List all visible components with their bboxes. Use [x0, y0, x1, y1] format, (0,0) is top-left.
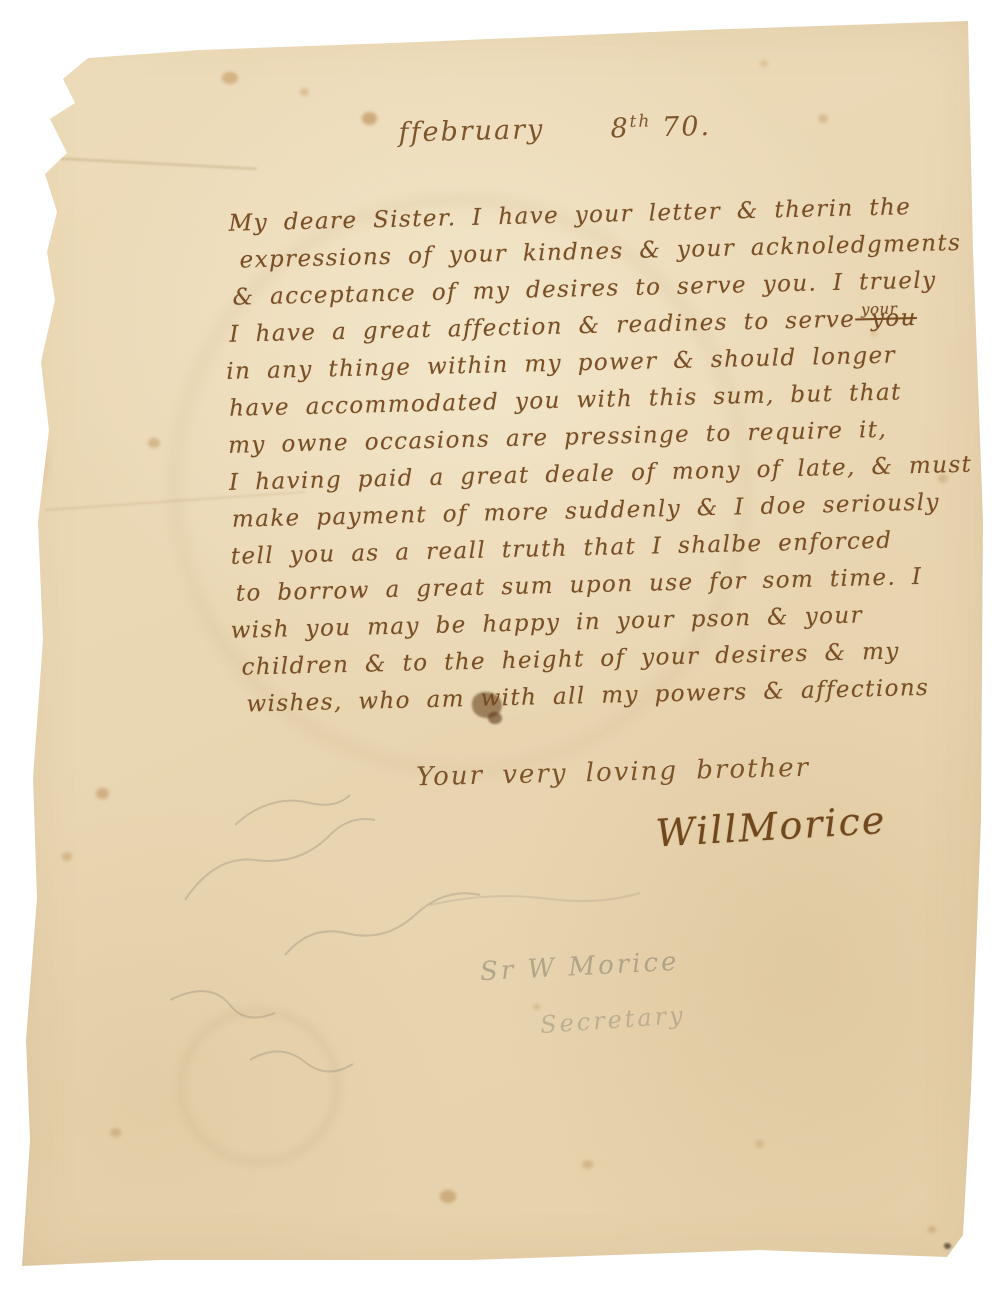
pencil-note-office: Secretary [539, 1001, 686, 1039]
letter-closing: Your very loving brother [416, 753, 810, 793]
corrected-word: youyour [855, 305, 917, 332]
foxing-spot [148, 438, 160, 448]
foxing-spot [96, 788, 109, 799]
foxing-spot [222, 72, 238, 84]
foxing-spot [440, 1190, 456, 1203]
embossed-stamp-ring [178, 1008, 340, 1165]
foxing-spot [760, 60, 768, 67]
red-wax-show-through [28, 440, 46, 486]
foxing-spot [582, 1160, 593, 1169]
pencil-note-name: Sr W Morice [479, 947, 680, 987]
foxing-spot [533, 1004, 540, 1010]
manuscript-text-block: ffebruary 8th 70. My deare Sister. I hav… [218, 94, 989, 724]
ink-speck [944, 1243, 951, 1249]
letter-body: My deare Sister. I have your letter & th… [220, 188, 988, 724]
paper-fold-crease [95, 17, 955, 49]
foxing-spot [110, 1128, 121, 1137]
interlinear-insertion: your [861, 290, 898, 328]
foxing-spot [928, 1226, 936, 1233]
letter-photograph: ffebruary 8th 70. My deare Sister. I hav… [0, 0, 1000, 1289]
foxing-spot [755, 1140, 764, 1148]
date-day: 8th 70. [610, 110, 711, 144]
letter-paper: ffebruary 8th 70. My deare Sister. I hav… [0, 0, 1000, 1289]
signature: WillMorice [655, 798, 888, 856]
date-month: ffebruary [398, 114, 545, 149]
foxing-spot [62, 852, 72, 861]
date-line: ffebruary 8th 70. [218, 94, 975, 178]
foxing-spot [300, 88, 309, 96]
